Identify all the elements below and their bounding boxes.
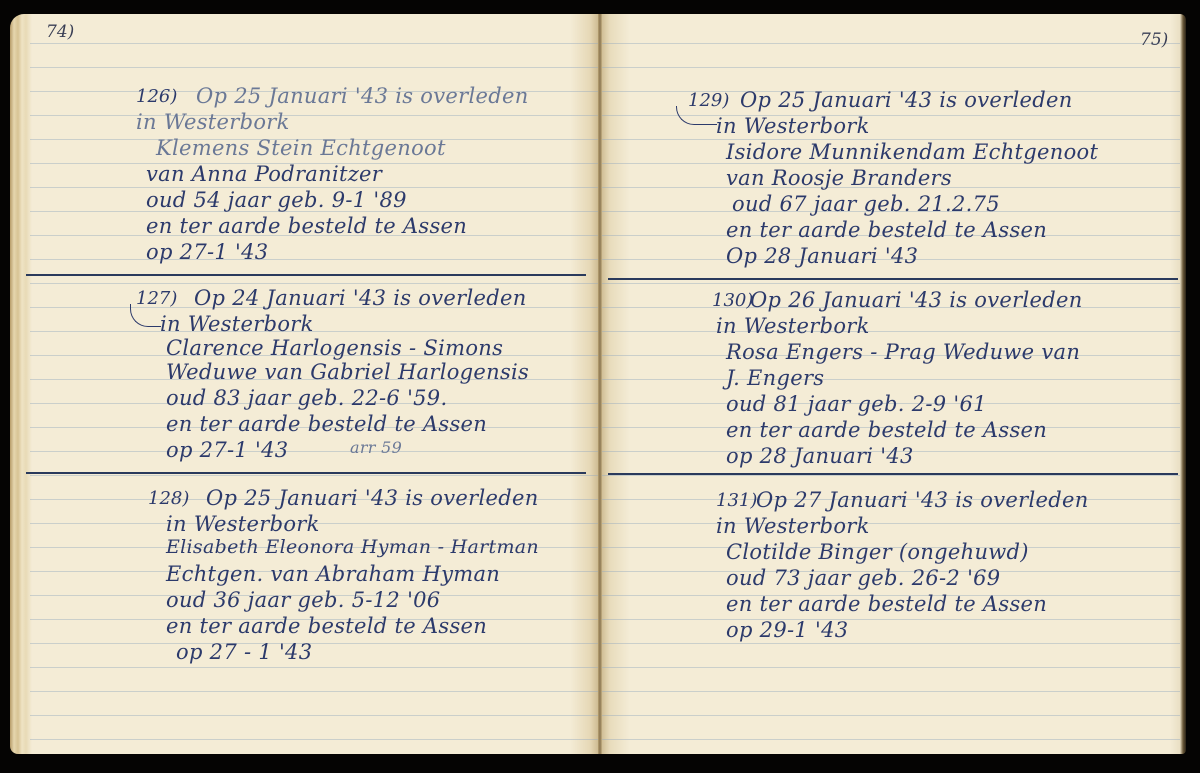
entry-line: Elisabeth Eleonora Hyman - Hartman — [166, 536, 539, 558]
entry-line: en ter aarde besteld te Assen — [166, 614, 487, 638]
entry-line: op 29-1 '43 — [726, 618, 848, 642]
register-entry: 128) Op 25 Januari '43 is overleden in W… — [10, 14, 600, 714]
book-spine-gutter — [598, 14, 602, 754]
entry-number: 131) — [716, 490, 757, 511]
entry-line: oud 73 jaar geb. 26-2 '69 — [726, 566, 1000, 590]
entry-line: in Westerbork — [166, 512, 320, 536]
entry-line: op 27 - 1 '43 — [176, 640, 312, 664]
entry-line: in Westerbork — [716, 514, 870, 538]
entry-line: Echtgen. van Abraham Hyman — [166, 562, 500, 586]
entry-line: en ter aarde besteld te Assen — [726, 592, 1047, 616]
entry-line: oud 36 jaar geb. 5-12 '06 — [166, 588, 440, 612]
open-notebook: 74) 126) Op 25 Januari '43 is overleden … — [10, 14, 1190, 758]
entry-line: Op 27 Januari '43 is overleden — [756, 488, 1089, 512]
left-page: 74) 126) Op 25 Januari '43 is overleden … — [10, 14, 600, 754]
register-entry: 131) Op 27 Januari '43 is overleden in W… — [600, 14, 1186, 714]
entry-line: Op 25 Januari '43 is overleden — [206, 486, 539, 510]
entry-line: Clotilde Binger (ongehuwd) — [726, 540, 1029, 564]
right-page: 75) 129) Op 25 Januari '43 is overleden … — [600, 14, 1186, 754]
entry-number: 128) — [148, 488, 189, 509]
